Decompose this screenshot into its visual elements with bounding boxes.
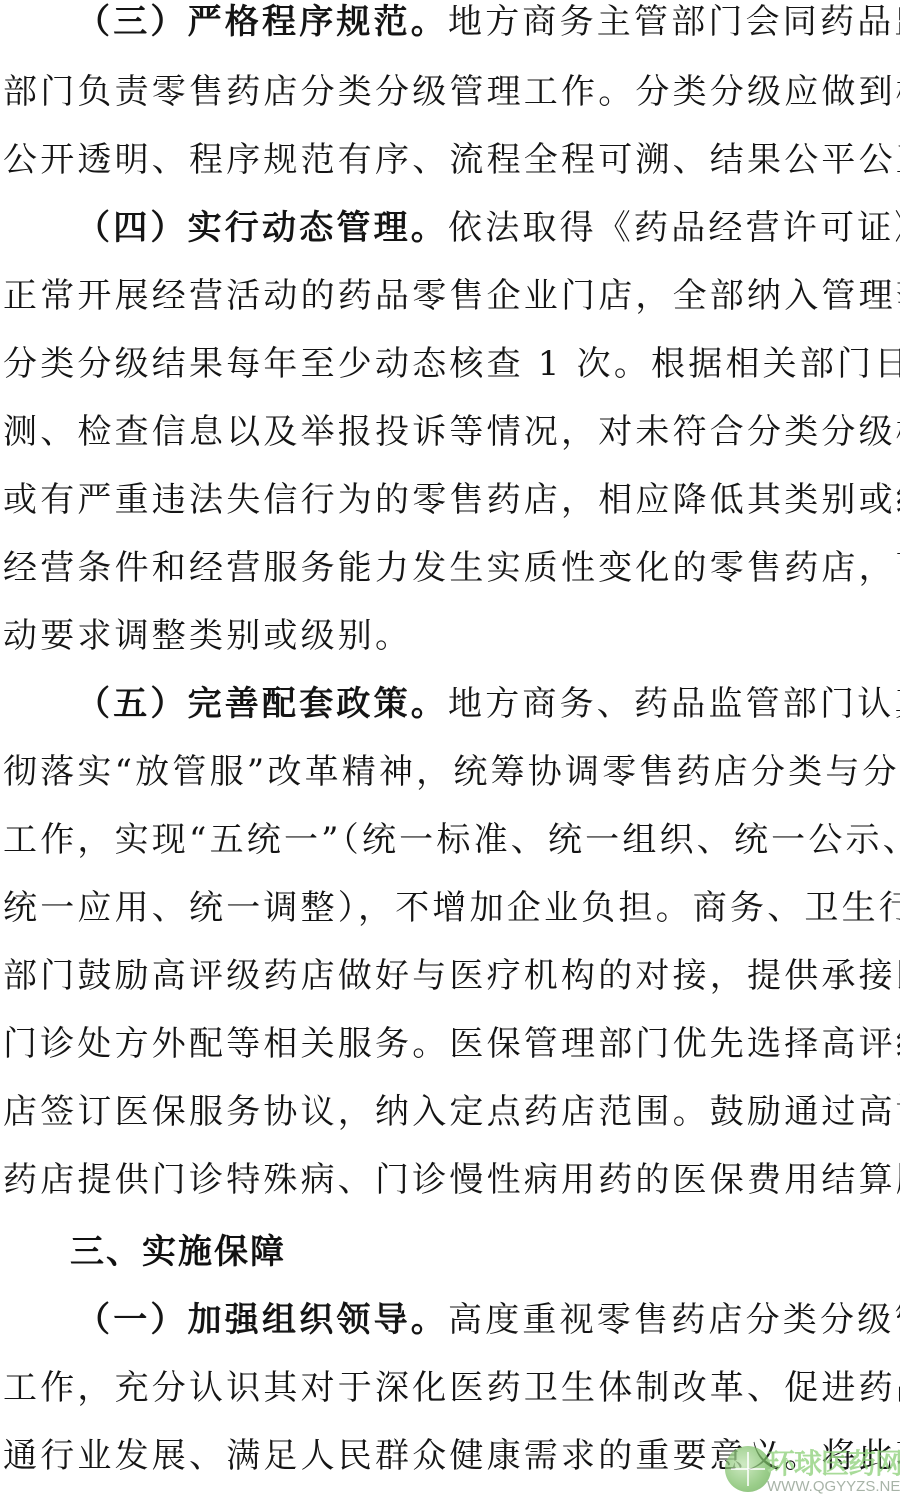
paragraph-5-line-6: 门诊处方外配等相关服务。医保管理部门优先选择高评级药 [3,1022,900,1066]
paragraph-4-line-7: 动要求调整类别或级别。 [3,614,412,658]
paragraph-5-line-1: （五）完善配套政策。地方商务、药品监管部门认真贯 [76,682,900,726]
paragraph-3-line-1: （三）严格程序规范。地方商务主管部门会同药品监管 [76,0,900,44]
paragraph-5-lead: （五）完善配套政策。 [76,684,448,724]
paragraph-4-line-4: 测、检查信息以及举报投诉等情况，对未符合分类分级标准 [3,410,900,454]
paragraph-5-line-4: 统一应用、统一调整），不增加企业负担。商务、卫生行政 [3,886,900,930]
section-paragraph-1-line-1: （一）加强组织领导。高度重视零售药店分类分级管理 [76,1298,900,1342]
paragraph-3-text: 地方商务主管部门会同药品监管 [448,2,900,42]
section-paragraph-1-text: 高度重视零售药店分类分级管理 [448,1300,900,1340]
paragraph-5-line-8: 药店提供门诊特殊病、门诊慢性病用药的医保费用结算服务 [3,1158,900,1202]
paragraph-4-line-2: 正常开展经营活动的药品零售企业门店，全部纳入管理范围 [3,274,900,318]
site-watermark: 环球医药网 ® WWW.QGYYZS.NET [725,1442,895,1502]
paragraph-3-line-3: 公开透明、程序规范有序、流程全程可溯、结果公平公正。 [3,138,900,182]
watermark-title: 环球医药网 [767,1442,900,1482]
paragraph-5-text: 地方商务、药品监管部门认真贯 [448,684,900,724]
paragraph-4-lead: （四）实行动态管理。 [76,208,448,248]
paragraph-5-line-5: 部门鼓励高评级药店做好与医疗机构的对接，提供承接医院 [3,954,900,998]
paragraph-4-text: 依法取得《药品经营许可证》且 [448,208,900,248]
document-page: （三）严格程序规范。地方商务主管部门会同药品监管 部门负责零售药店分类分级管理工… [0,0,900,1508]
section-paragraph-1-lead: （一）加强组织领导。 [76,1300,448,1340]
watermark-url: WWW.QGYYZS.NET [767,1478,900,1495]
paragraph-5-line-2: 彻落实“放管服”改革精神，统筹协调零售药店分类与分级 [3,750,900,794]
paragraph-5-line-3: 工作，实现“五统一”（统一标准、统一组织、统一公示、 [3,818,900,862]
paragraph-4-line-1: （四）实行动态管理。依法取得《药品经营许可证》且 [76,206,900,250]
paragraph-4-line-3: 分类分级结果每年至少动态核查 1 次。根据相关部门日常监 [3,342,900,386]
globe-icon [725,1446,771,1492]
paragraph-3-lead: （三）严格程序规范。 [76,2,448,42]
paragraph-4-line-6: 经营条件和经营服务能力发生实质性变化的零售药店，可主 [3,546,900,590]
paragraph-3-line-2: 部门负责零售药店分类分级管理工作。分类分级应做到标准 [3,70,900,114]
section-paragraph-1-line-2: 工作，充分认识其对于深化医药卫生体制改革、促进药品流 [3,1366,900,1410]
paragraph-4-line-5: 或有严重违法失信行为的零售药店，相应降低其类别或级别 [3,478,900,522]
section-heading: 三、实施保障 [70,1230,286,1274]
paragraph-5-line-7: 店签订医保服务协议，纳入定点药店范围。鼓励通过高评级 [3,1090,900,1134]
